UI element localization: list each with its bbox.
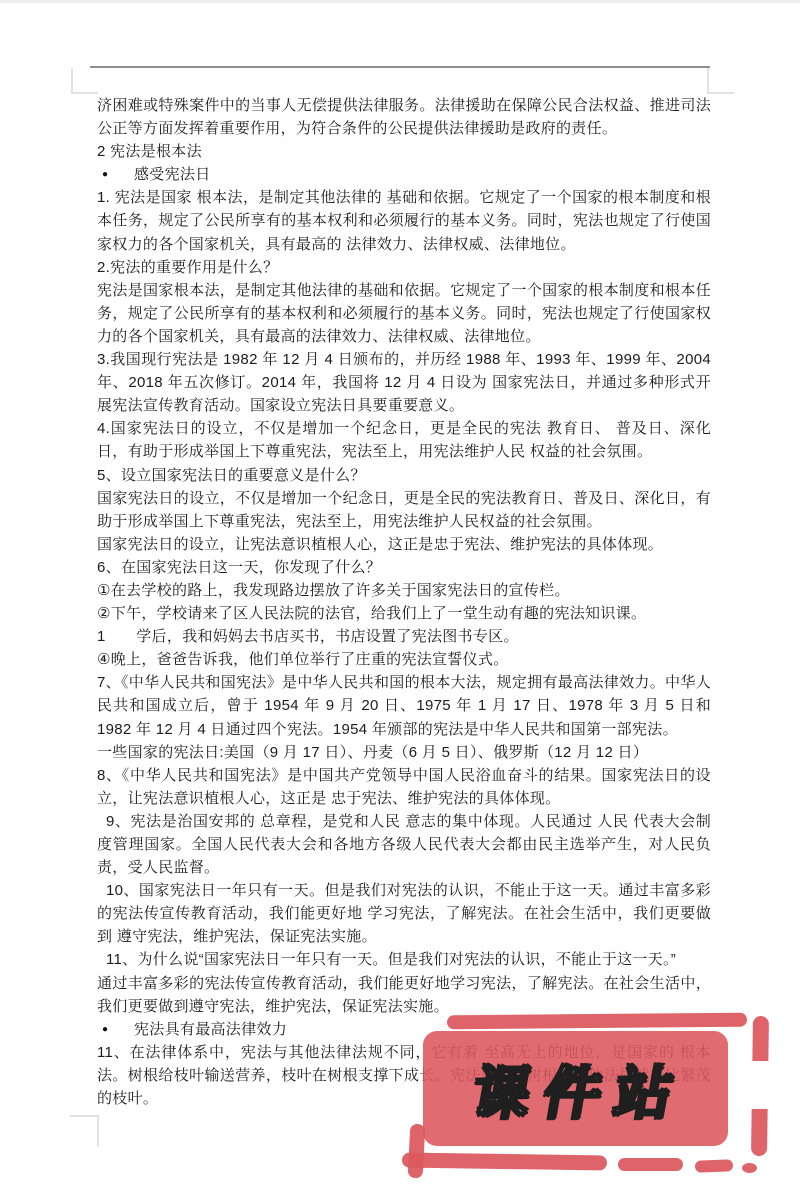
paragraph: 8、《中华人民共和国宪法》是中国共产党领导中国人民浴血奋斗的结果。国家宪法日的设… bbox=[97, 764, 711, 810]
stamp-border-left bbox=[408, 1124, 426, 1179]
stamp-border-right bbox=[751, 1016, 769, 1156]
paragraph: 2 宪法是根本法 bbox=[97, 140, 711, 163]
paragraph: 国家宪法日的设立，让宪法意识植根人心，这正是忠于宪法、维护宪法的具体体现。 bbox=[97, 533, 711, 556]
paragraph: 国家宪法日的设立，不仅是增加一个纪念日，更是全民的宪法教育日、普及日、深化日，有… bbox=[97, 487, 711, 533]
bullet-icon: ● bbox=[97, 1018, 134, 1041]
stamp-border-bottom-dot bbox=[742, 1163, 757, 1173]
paragraph: 通过丰富多彩的宪法传宣传教育活动，我们能更好地学习宪法，了解宪法。在社会生活中，… bbox=[97, 972, 711, 1018]
paragraph: 10、国家宪法日一年只有一天。但是我们对宪法的认识，不能止于这一天。通过丰富多彩… bbox=[97, 879, 711, 948]
paragraph: 6、在国家宪法日这一天，你发现了什么？ bbox=[97, 556, 711, 579]
paragraph: 一些国家的宪法日:美国（9 月 17 日）、丹麦（6 月 5 日）、俄罗斯（12… bbox=[97, 741, 711, 764]
paragraph: ④晚上，爸爸告诉我，他们单位举行了庄重的宪法宣誓仪式。 bbox=[97, 648, 711, 671]
bullet-label: 宪法具有最高法律效力 bbox=[134, 1018, 287, 1041]
document-body-text: 济困难或特殊案件中的当事人无偿提供法律服务。法律援助在保障公民合法权益、推进司法… bbox=[97, 94, 711, 1110]
page-top-edge-line bbox=[90, 66, 710, 68]
stamp-border-right-gap bbox=[747, 1061, 773, 1109]
bullet-icon: ● bbox=[97, 163, 134, 186]
paragraph: 11、在法律体系中，宪法与其他法律法规不同，它有着 至高无上的地位，是国家的 根… bbox=[97, 1041, 711, 1110]
paragraph: 1. 宪法是国家 根本法，是制定其他法律的 基础和依据。它规定了一个国家的根本制… bbox=[97, 186, 711, 255]
paragraph: 11、为什么说“国家宪法日一年只有一天。但是我们对宪法的认识，不能止于这一天。” bbox=[97, 948, 711, 971]
paragraph: 1 学后，我和妈妈去书店买书，书店设置了宪法图书专区。 bbox=[97, 625, 711, 648]
paragraph: 宪法是国家根本法，是制定其他法律的基础和依据。它规定了一个国家的根本制度和根本任… bbox=[97, 279, 711, 348]
paragraph: ①在去学校的路上，我发现路边摆放了许多关于国家宪法日的宣传栏。 bbox=[97, 579, 711, 602]
paragraph: 9、宪法是治国安邦的 总章程，是党和人民 意志的集中体现。人民通过 人民 代表大… bbox=[97, 810, 711, 879]
margin-crop-mark-top-left bbox=[71, 68, 98, 94]
stamp-border-bottom-segment bbox=[695, 1159, 733, 1172]
paragraph: ②下午，学校请来了区人民法院的法官，给我们上了一堂生动有趣的宪法知识课。 bbox=[97, 602, 711, 625]
paragraph: 7、《中华人民共和国宪法》是中华人民共和国的根本大法，规定拥有最高法律效力。中华… bbox=[97, 671, 711, 740]
stamp-border-bottom-segment bbox=[402, 1153, 607, 1171]
stamp-border-bottom-segment bbox=[618, 1158, 683, 1171]
paragraph: 3.我国现行宪法是 1982 年 12 月 4 日颁布的，并历经 1988 年、… bbox=[97, 348, 711, 417]
paragraph: 2.宪法的重要作用是什么？ bbox=[97, 256, 711, 279]
paragraph: 4.国家宪法日的设立，不仅是增加一个纪念日，更是全民的宪法 教育日、 普及日、深… bbox=[97, 417, 711, 463]
paragraph: 济困难或特殊案件中的当事人无偿提供法律服务。法律援助在保障公民合法权益、推进司法… bbox=[97, 94, 711, 140]
bullet-item: ●宪法具有最高法律效力 bbox=[97, 1018, 711, 1041]
margin-crop-mark-top-right bbox=[707, 68, 734, 94]
window-top-strip bbox=[0, 0, 800, 3]
paragraph: 5、设立国家宪法日的重要意义是什么？ bbox=[97, 464, 711, 487]
bullet-label: 感受宪法日 bbox=[134, 163, 211, 186]
bullet-item: ●感受宪法日 bbox=[97, 163, 711, 186]
margin-crop-mark-bottom-left bbox=[70, 1115, 99, 1147]
